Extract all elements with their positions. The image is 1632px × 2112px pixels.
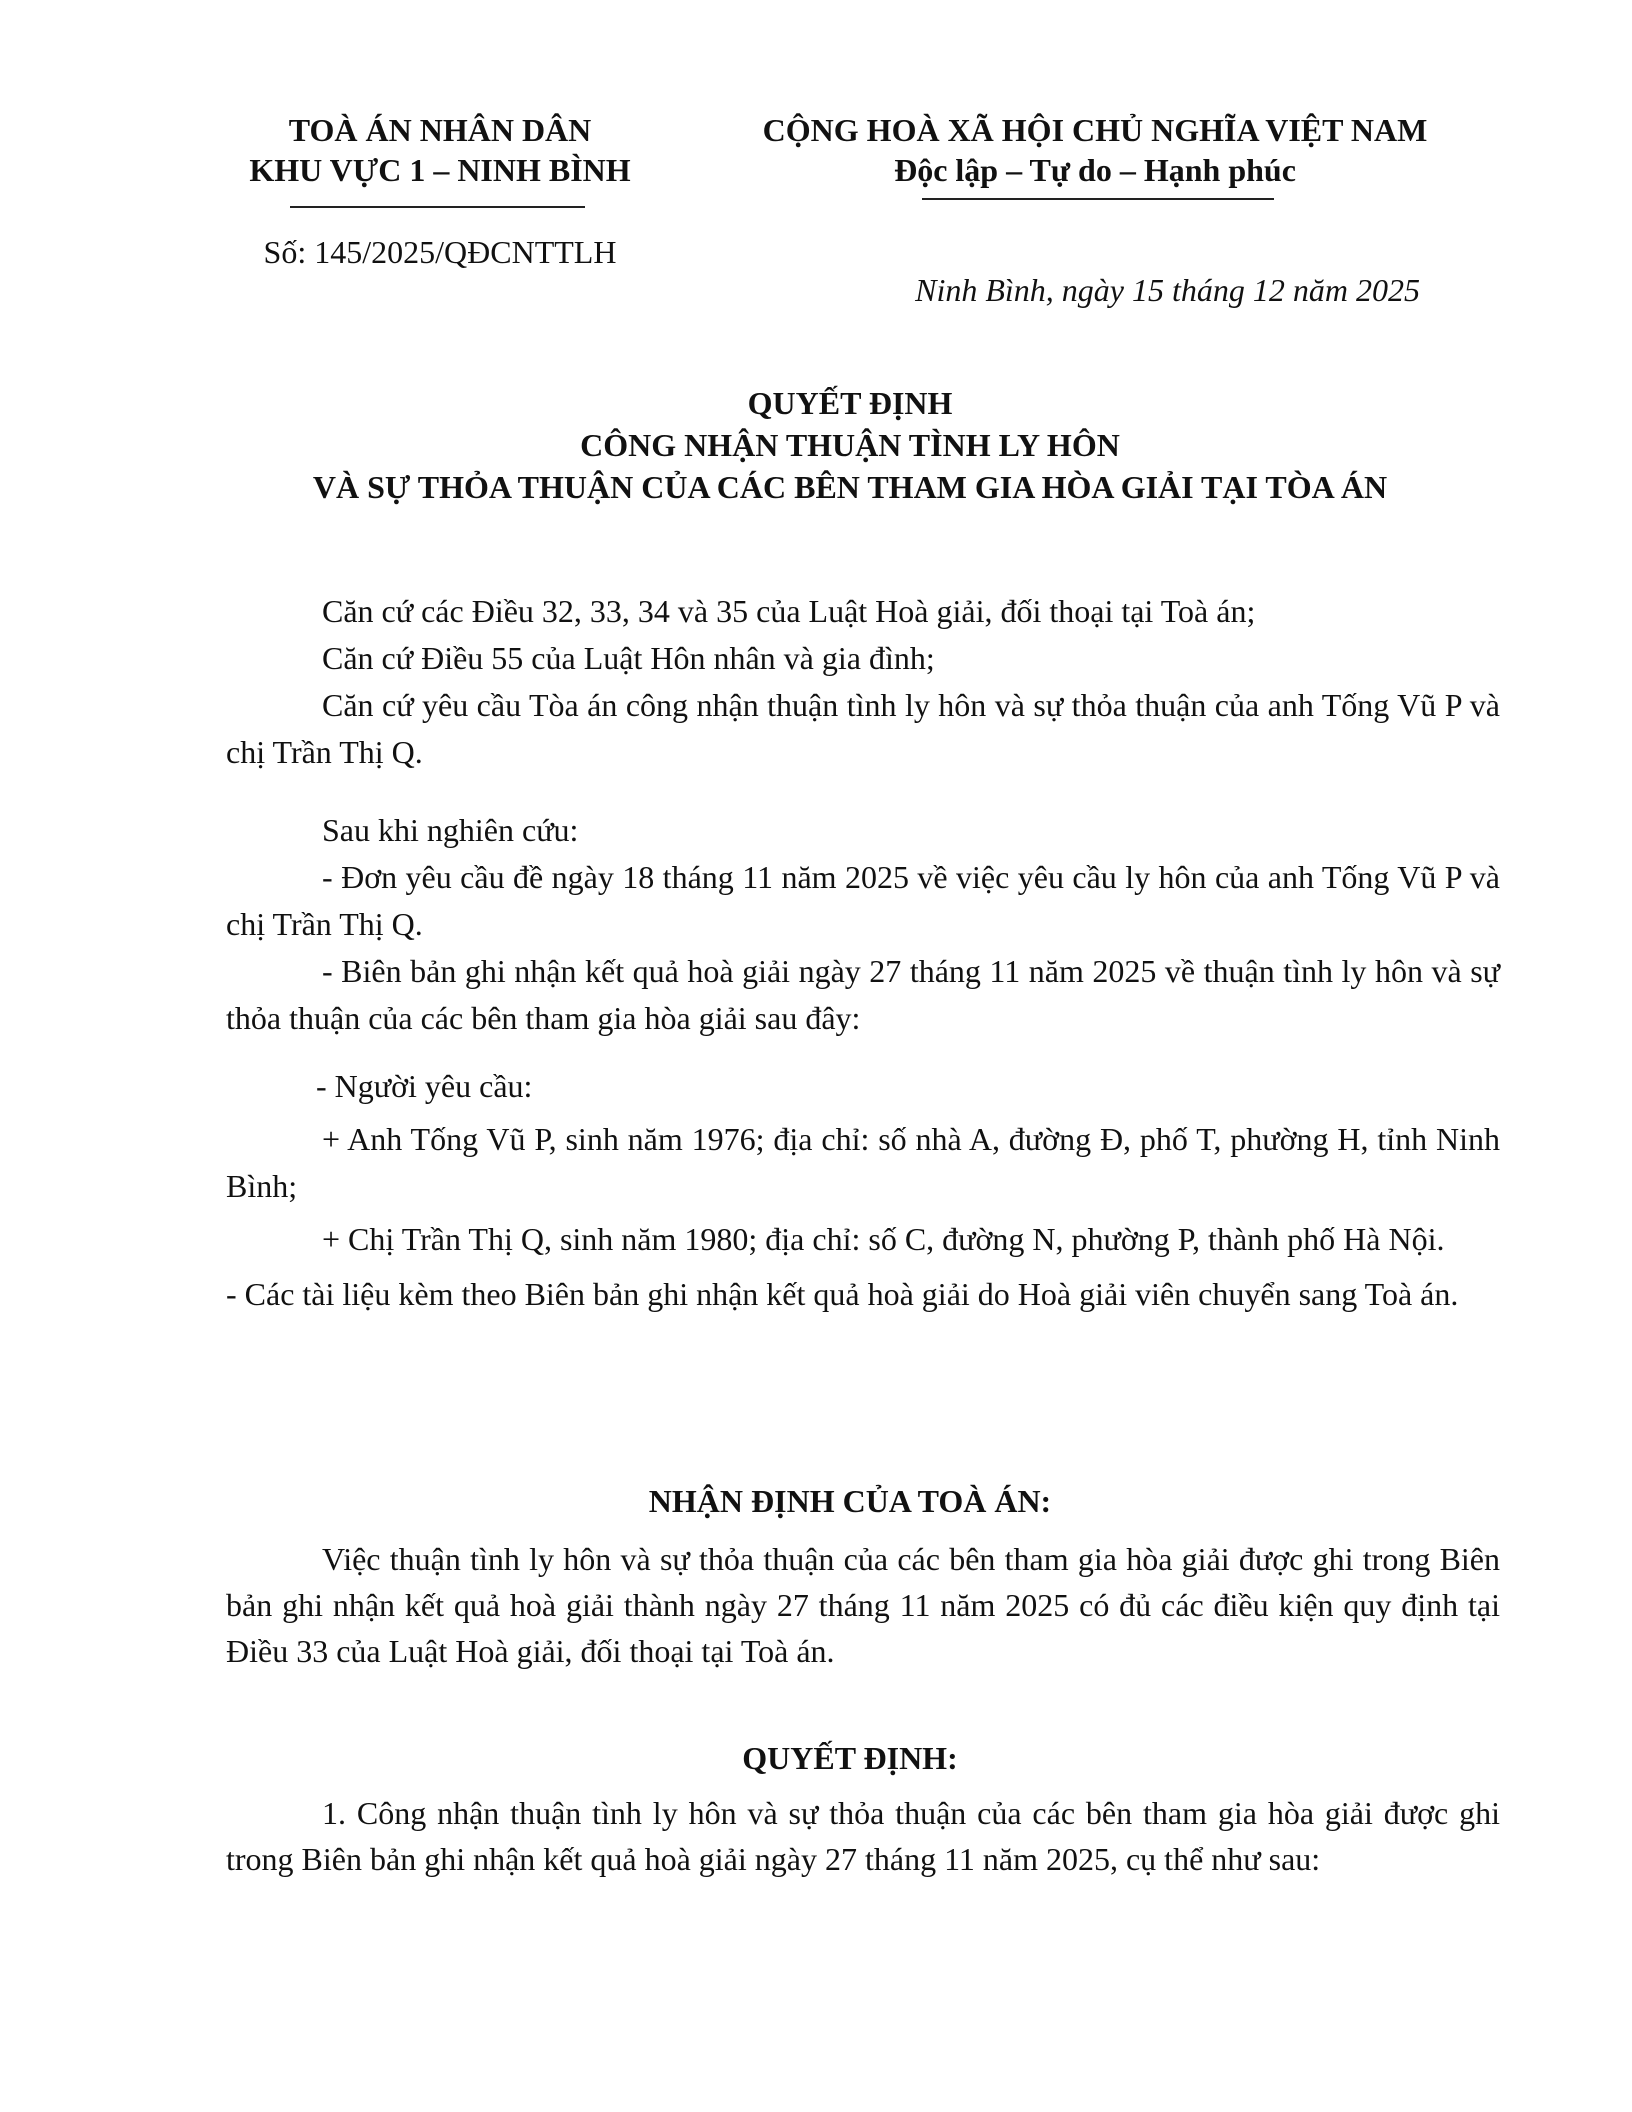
national-header: CỘNG HOÀ XÃ HỘI CHỦ NGHĨA VIỆT NAM Độc l… [715,110,1475,190]
document-page: TOÀ ÁN NHÂN DÂN KHU VỰC 1 – NINH BÌNH Số… [0,0,1632,2112]
attachments: - Các tài liệu kèm theo Biên bản ghi nhậ… [226,1271,1500,1318]
requesters-label: - Người yêu cầu: [226,1063,1500,1110]
requesters-section: - Người yêu cầu: + Anh Tống Vũ P, sinh n… [226,1063,1500,1318]
requester-item: + Anh Tống Vũ P, sinh năm 1976; địa chỉ:… [226,1116,1500,1210]
review-item: - Đơn yêu cầu đề ngày 18 tháng 11 năm 20… [226,854,1500,948]
requester-item: + Chị Trần Thị Q, sinh năm 1980; địa chỉ… [226,1216,1500,1263]
court-assessment-text: Việc thuận tình ly hôn và sự thỏa thuận … [226,1536,1500,1674]
legal-basis: Căn cứ các Điều 32, 33, 34 và 35 của Luậ… [226,588,1500,776]
decision-heading: QUYẾT ĐỊNH: [200,1737,1500,1779]
court-name-line1: TOÀ ÁN NHÂN DÂN [220,110,660,150]
court-assessment-heading: NHẬN ĐỊNH CỦA TOÀ ÁN: [200,1480,1500,1522]
title-line3: VÀ SỰ THỎA THUẬN CỦA CÁC BÊN THAM GIA HÒ… [200,466,1500,508]
decision-item-1: 1. Công nhận thuận tình ly hôn và sự thỏ… [226,1790,1500,1882]
court-assessment-text-block: Việc thuận tình ly hôn và sự thỏa thuận … [226,1536,1500,1674]
title-line2: CÔNG NHẬN THUẬN TÌNH LY HÔN [200,424,1500,466]
legal-basis-item: Căn cứ Điều 55 của Luật Hôn nhân và gia … [226,635,1500,682]
review-item: - Biên bản ghi nhận kết quả hoà giải ngà… [226,948,1500,1042]
legal-basis-item: Căn cứ yêu cầu Tòa án công nhận thuận tì… [226,682,1500,776]
decision-text-block: 1. Công nhận thuận tình ly hôn và sự thỏ… [226,1790,1500,1882]
document-number: Số: 145/2025/QĐCNTTLH [220,232,660,272]
court-header: TOÀ ÁN NHÂN DÂN KHU VỰC 1 – NINH BÌNH [220,110,660,190]
national-title: CỘNG HOÀ XÃ HỘI CHỦ NGHĨA VIỆT NAM [715,110,1475,150]
place-date: Ninh Bình, ngày 15 tháng 12 năm 2025 [860,270,1420,310]
legal-basis-item: Căn cứ các Điều 32, 33, 34 và 35 của Luậ… [226,588,1500,635]
court-header-underline [290,206,585,208]
review-section: Sau khi nghiên cứu: - Đơn yêu cầu đề ngà… [226,807,1500,1042]
court-name-line2: KHU VỰC 1 – NINH BÌNH [220,150,660,190]
document-title: QUYẾT ĐỊNH CÔNG NHẬN THUẬN TÌNH LY HÔN V… [200,382,1500,508]
review-intro: Sau khi nghiên cứu: [226,807,1500,854]
title-line1: QUYẾT ĐỊNH [200,382,1500,424]
national-motto-underline [922,198,1274,200]
national-motto: Độc lập – Tự do – Hạnh phúc [715,150,1475,190]
